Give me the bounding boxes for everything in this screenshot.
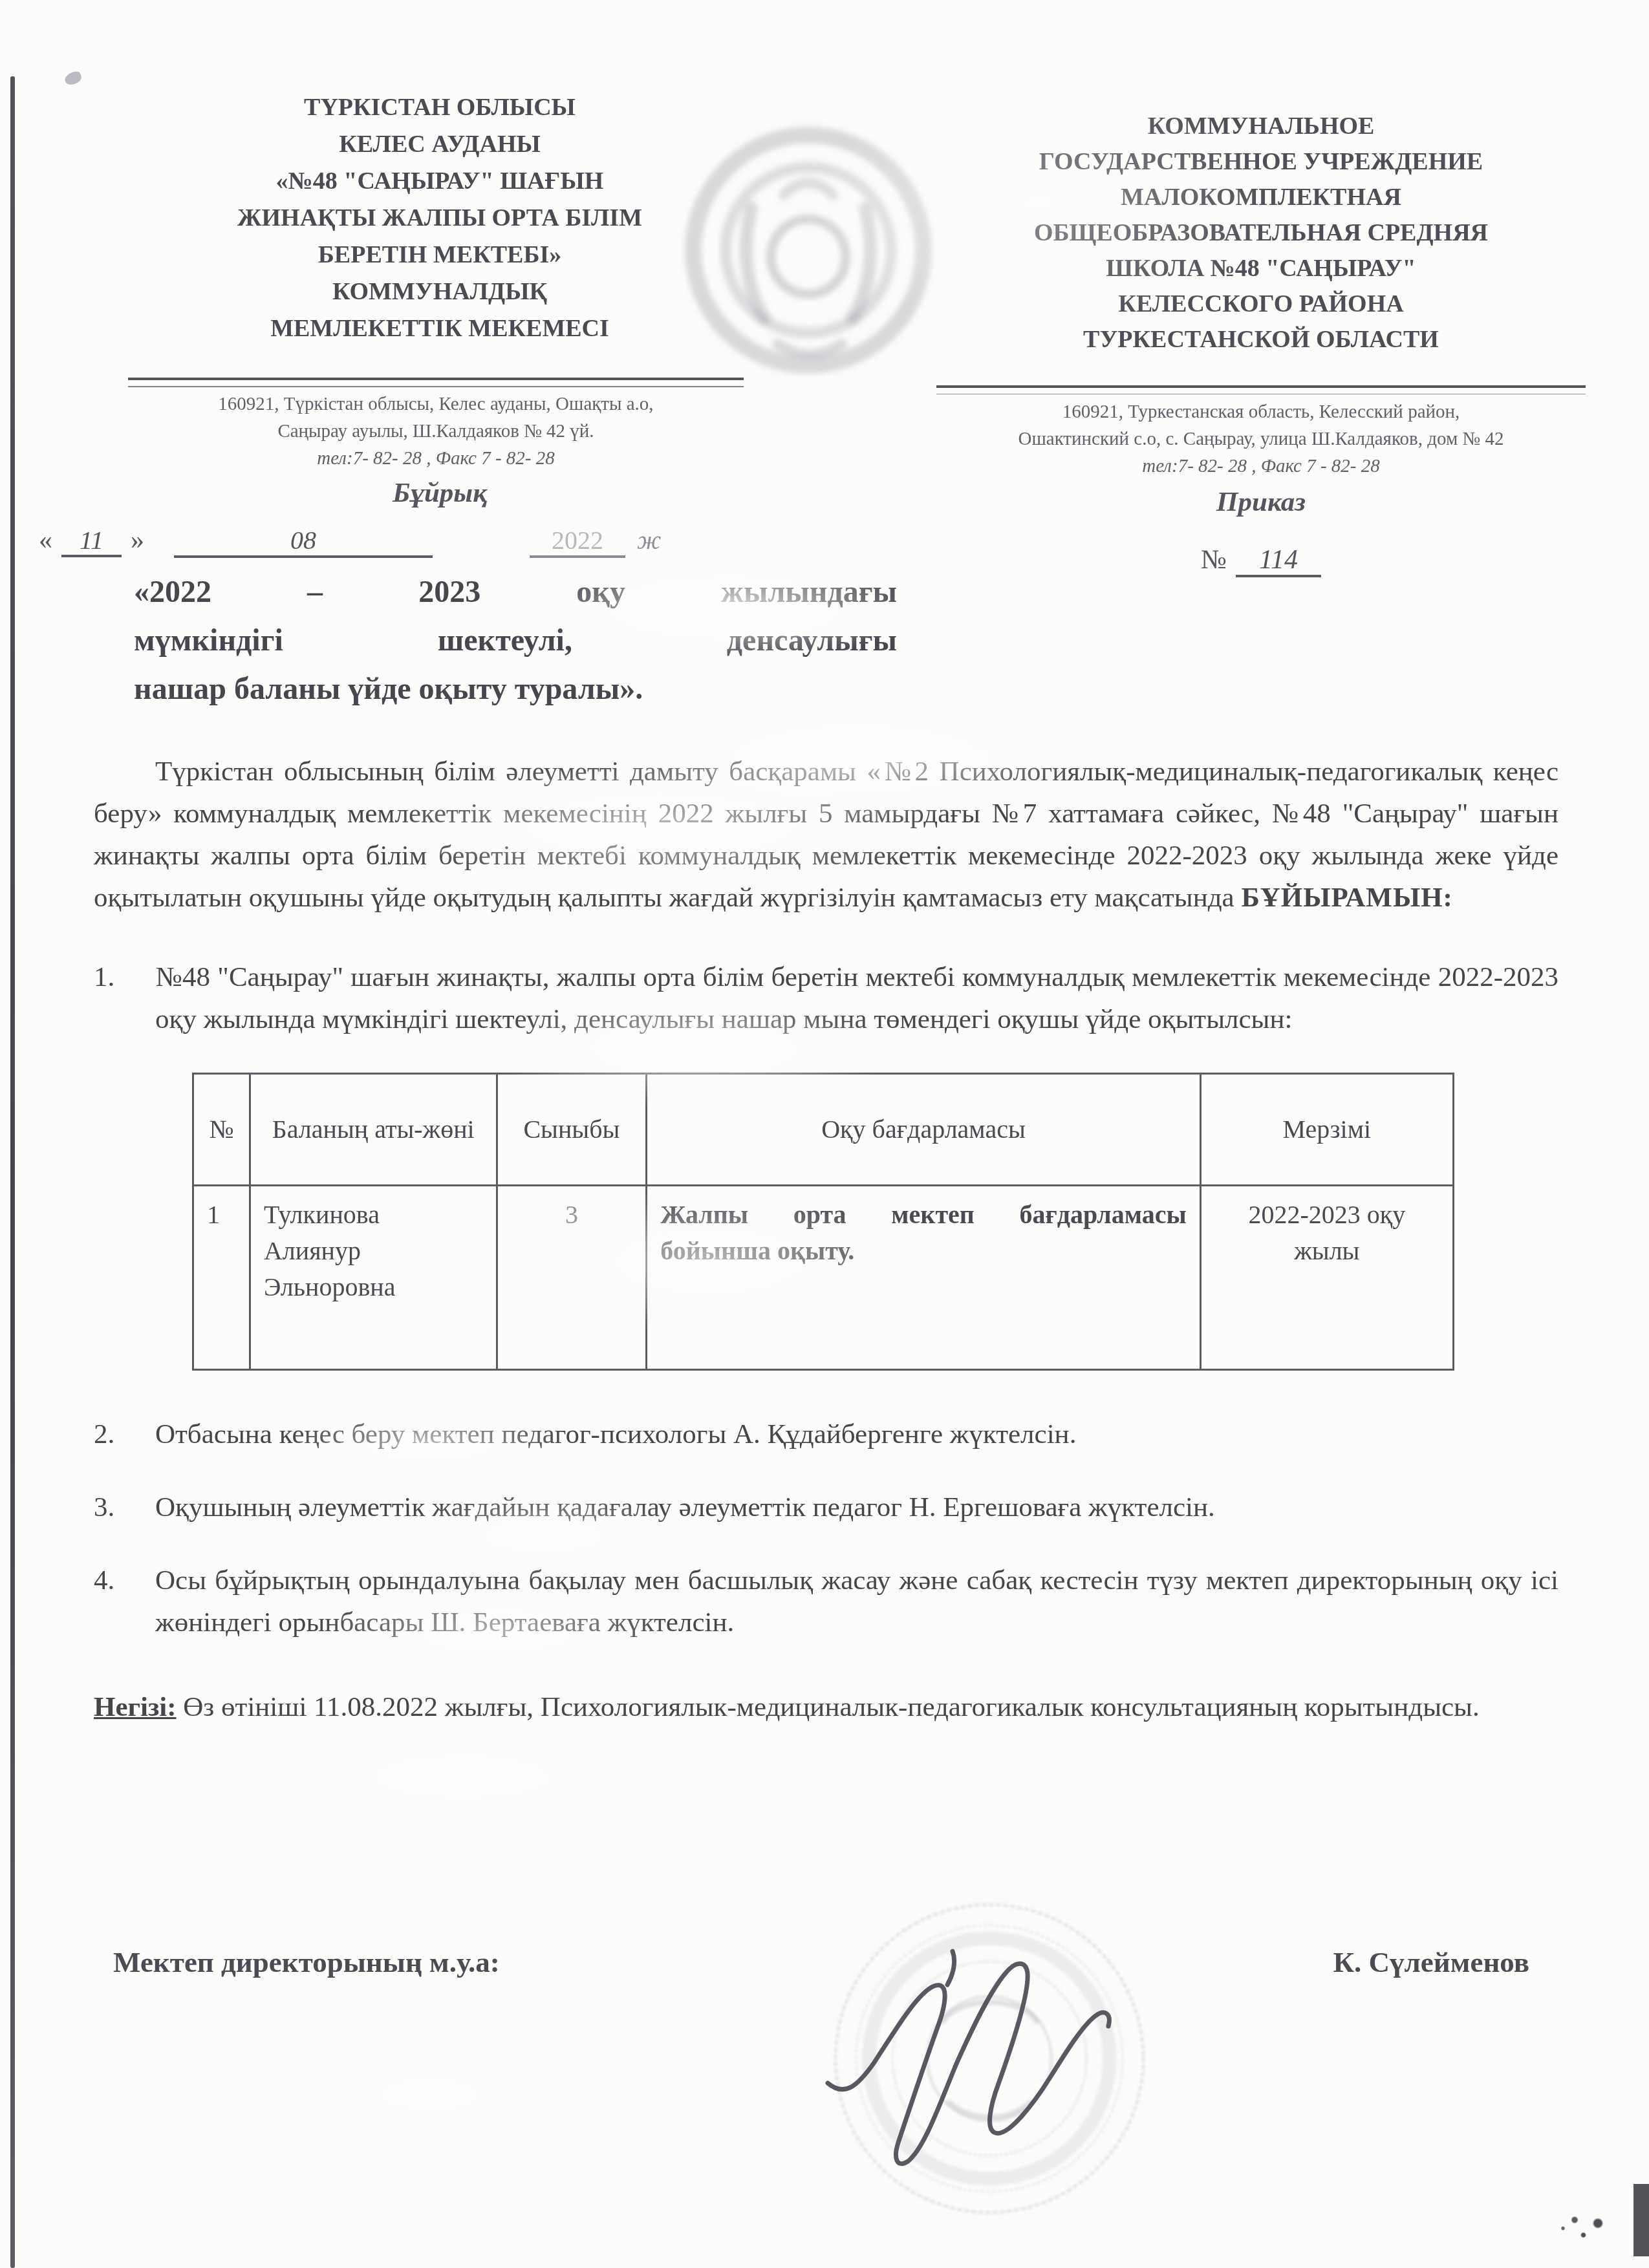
scan-edge-artifact: [1633, 2184, 1649, 2256]
col-class: Сыныбы: [497, 1074, 647, 1186]
letterhead-line: ТҮРКІСТАН ОБЛЫСЫ: [133, 89, 747, 126]
cell-program: Жалпы орта мектеп бағдарламасы бойынша о…: [647, 1186, 1200, 1370]
address-russian: 160921, Туркестанская область, Келесский…: [936, 398, 1586, 480]
order-type-russian: Приказ: [938, 486, 1584, 518]
cell-class: 3: [497, 1186, 647, 1370]
col-number: №: [193, 1074, 250, 1186]
item-number: 3.: [94, 1486, 155, 1528]
document-body: «2022 – 2023 оқу жылындағы мүмкіндігі ше…: [94, 568, 1558, 1984]
order-month-blank: 08: [174, 525, 433, 558]
basis-text: Өз өтініші 11.08.2022 жылғы, Психологиял…: [177, 1692, 1480, 1722]
col-child-name: Баланың аты-жөні: [250, 1074, 497, 1186]
quote-mark: «: [39, 526, 52, 555]
item-number: 2.: [94, 1413, 155, 1455]
letterhead-line: КЕЛЕССКОГО РАЙОНА: [938, 286, 1584, 322]
cell-term: 2022-2023 оқу жылы: [1200, 1186, 1453, 1370]
order-date: «11»082022ж: [39, 525, 782, 558]
directive-word: БҰЙЫРАМЫН:: [1241, 883, 1453, 913]
title-line: мүмкіндігі шектеулі, денсаулығы: [134, 616, 897, 665]
col-term: Мерзімі: [1200, 1074, 1453, 1186]
state-emblem-icon: [680, 118, 936, 387]
item-number: 4.: [94, 1559, 155, 1601]
order-items: 1.№48 "Саңырау" шағын жинақты, жалпы орт…: [94, 956, 1558, 1643]
letterhead-line: ШКОЛА №48 "САҢЫРАУ": [938, 251, 1584, 286]
quote-mark: »: [131, 526, 144, 555]
phone-line: тел:7- 82- 28 , Факс 7 - 82- 28: [936, 453, 1586, 480]
basis-label: Негізі:: [94, 1692, 177, 1722]
letterhead-line: ГОСУДАРСТВЕННОЕ УЧРЕЖДЕНИЕ: [938, 144, 1584, 180]
letterhead-line: ОБЩЕОБРАЗОВАТЕЛЬНАЯ СРЕДНЯЯ: [938, 215, 1584, 251]
cell-child-name: Тулкинова Алиянур Эльноровна: [250, 1186, 497, 1370]
letterhead-line: МАЛОКОМПЛЕКТНАЯ: [938, 180, 1584, 215]
address-line: 160921, Туркестанская область, Келесский…: [936, 398, 1586, 425]
order-item-1: 1.№48 "Саңырау" шағын жинақты, жалпы орт…: [94, 956, 1558, 1040]
pupil-table: № Баланың аты-жөні Сыныбы Оқу бағдарлама…: [192, 1073, 1454, 1371]
title-line: «2022 – 2023 оқу жылындағы: [134, 568, 897, 616]
address-line: 160921, Түркістан облысы, Келес ауданы, …: [128, 390, 744, 418]
address-line: Ошактинский с.о, с. Саңырау, улица Ш.Кал…: [936, 425, 1586, 453]
order-year: 2022: [530, 525, 625, 558]
scan-smudge: [1557, 2210, 1615, 2243]
item-text: Отбасына кеңес беру мектеп педагог-психо…: [155, 1419, 1076, 1450]
letterhead-russian: КОММУНАЛЬНОЕ ГОСУДАРСТВЕННОЕ УЧРЕЖДЕНИЕ …: [938, 109, 1584, 358]
letterhead-line: ЖИНАҚТЫ ЖАЛПЫ ОРТА БІЛІМ: [133, 200, 747, 237]
col-program: Оқу бағдарламасы: [647, 1074, 1200, 1186]
item-number: 1.: [94, 956, 155, 998]
cell-number: 1: [193, 1186, 250, 1370]
order-item-2: 2.Отбасына кеңес беру мектеп педагог-пси…: [94, 1413, 1558, 1455]
table-row: 1 Тулкинова Алиянур Эльноровна 3 Жалпы о…: [193, 1186, 1454, 1370]
divider: [128, 378, 744, 387]
order-item-3: 3.Оқушының әлеуметтік жағдайын қадағалау…: [94, 1486, 1558, 1528]
year-suffix: ж: [637, 526, 661, 555]
order-item-4: 4.Осы бұйрықтың орындалуына бақылау мен …: [94, 1559, 1558, 1643]
signer-position: Мектеп директорының м.у.а:: [113, 1942, 500, 1984]
item-text: Осы бұйрықтың орындалуына бақылау мен ба…: [155, 1565, 1558, 1638]
item-text: Оқушының әлеуметтік жағдайын қадағалау ә…: [155, 1492, 1215, 1523]
basis-paragraph: Негізі: Өз өтініші 11.08.2022 жылғы, Пси…: [94, 1686, 1558, 1728]
letterhead-line: КОММУНАЛДЫҚ: [133, 273, 747, 310]
preamble-paragraph: Түркістан облысының білім әлеуметті дамы…: [94, 751, 1558, 919]
divider: [936, 385, 1586, 394]
document-title: «2022 – 2023 оқу жылындағы мүмкіндігі ше…: [134, 568, 897, 713]
title-line: нашар баланы үйде оқыту туралы».: [134, 665, 897, 713]
order-day: 11: [61, 526, 122, 557]
letterhead-line: МЕМЛЕКЕТТІК МЕКЕМЕСІ: [133, 310, 747, 347]
item-text: №48 "Саңырау" шағын жинақты, жалпы орта …: [155, 962, 1558, 1034]
order-type-kazakh: Бұйрық: [133, 477, 747, 509]
letterhead-line: БЕРЕТІН МЕКТЕБІ»: [133, 237, 747, 273]
letterhead-line: «№48 "САҢЫРАУ" ШАҒЫН: [133, 163, 747, 200]
letterhead-line: КОММУНАЛЬНОЕ: [938, 109, 1584, 144]
phone-line: тел:7- 82- 28 , Факс 7 - 82- 28: [128, 445, 744, 472]
address-line: Саңырау ауылы, Ш.Калдаяков № 42 үй.: [128, 418, 744, 445]
letterhead-kazakh: ТҮРКІСТАН ОБЛЫСЫ КЕЛЕС АУДАНЫ «№48 "САҢЫ…: [133, 89, 747, 347]
signer-name: К. Сүлейменов: [1333, 1942, 1529, 1984]
order-month: 08: [290, 526, 316, 555]
letterhead-line: ТУРКЕСТАНСКОЙ ОБЛАСТИ: [938, 322, 1584, 358]
table-header-row: № Баланың аты-жөні Сыныбы Оқу бағдарлама…: [193, 1074, 1454, 1186]
scan-edge-artifact: [10, 76, 15, 2268]
scan-smudge: [63, 70, 83, 86]
scanned-order-document: ТҮРКІСТАН ОБЛЫСЫ КЕЛЕС АУДАНЫ «№48 "САҢЫ…: [0, 0, 1649, 2268]
school-stamp-icon: [820, 1889, 1150, 2238]
letterhead-line: КЕЛЕС АУДАНЫ: [133, 126, 747, 163]
address-kazakh: 160921, Түркістан облысы, Келес ауданы, …: [128, 390, 744, 472]
